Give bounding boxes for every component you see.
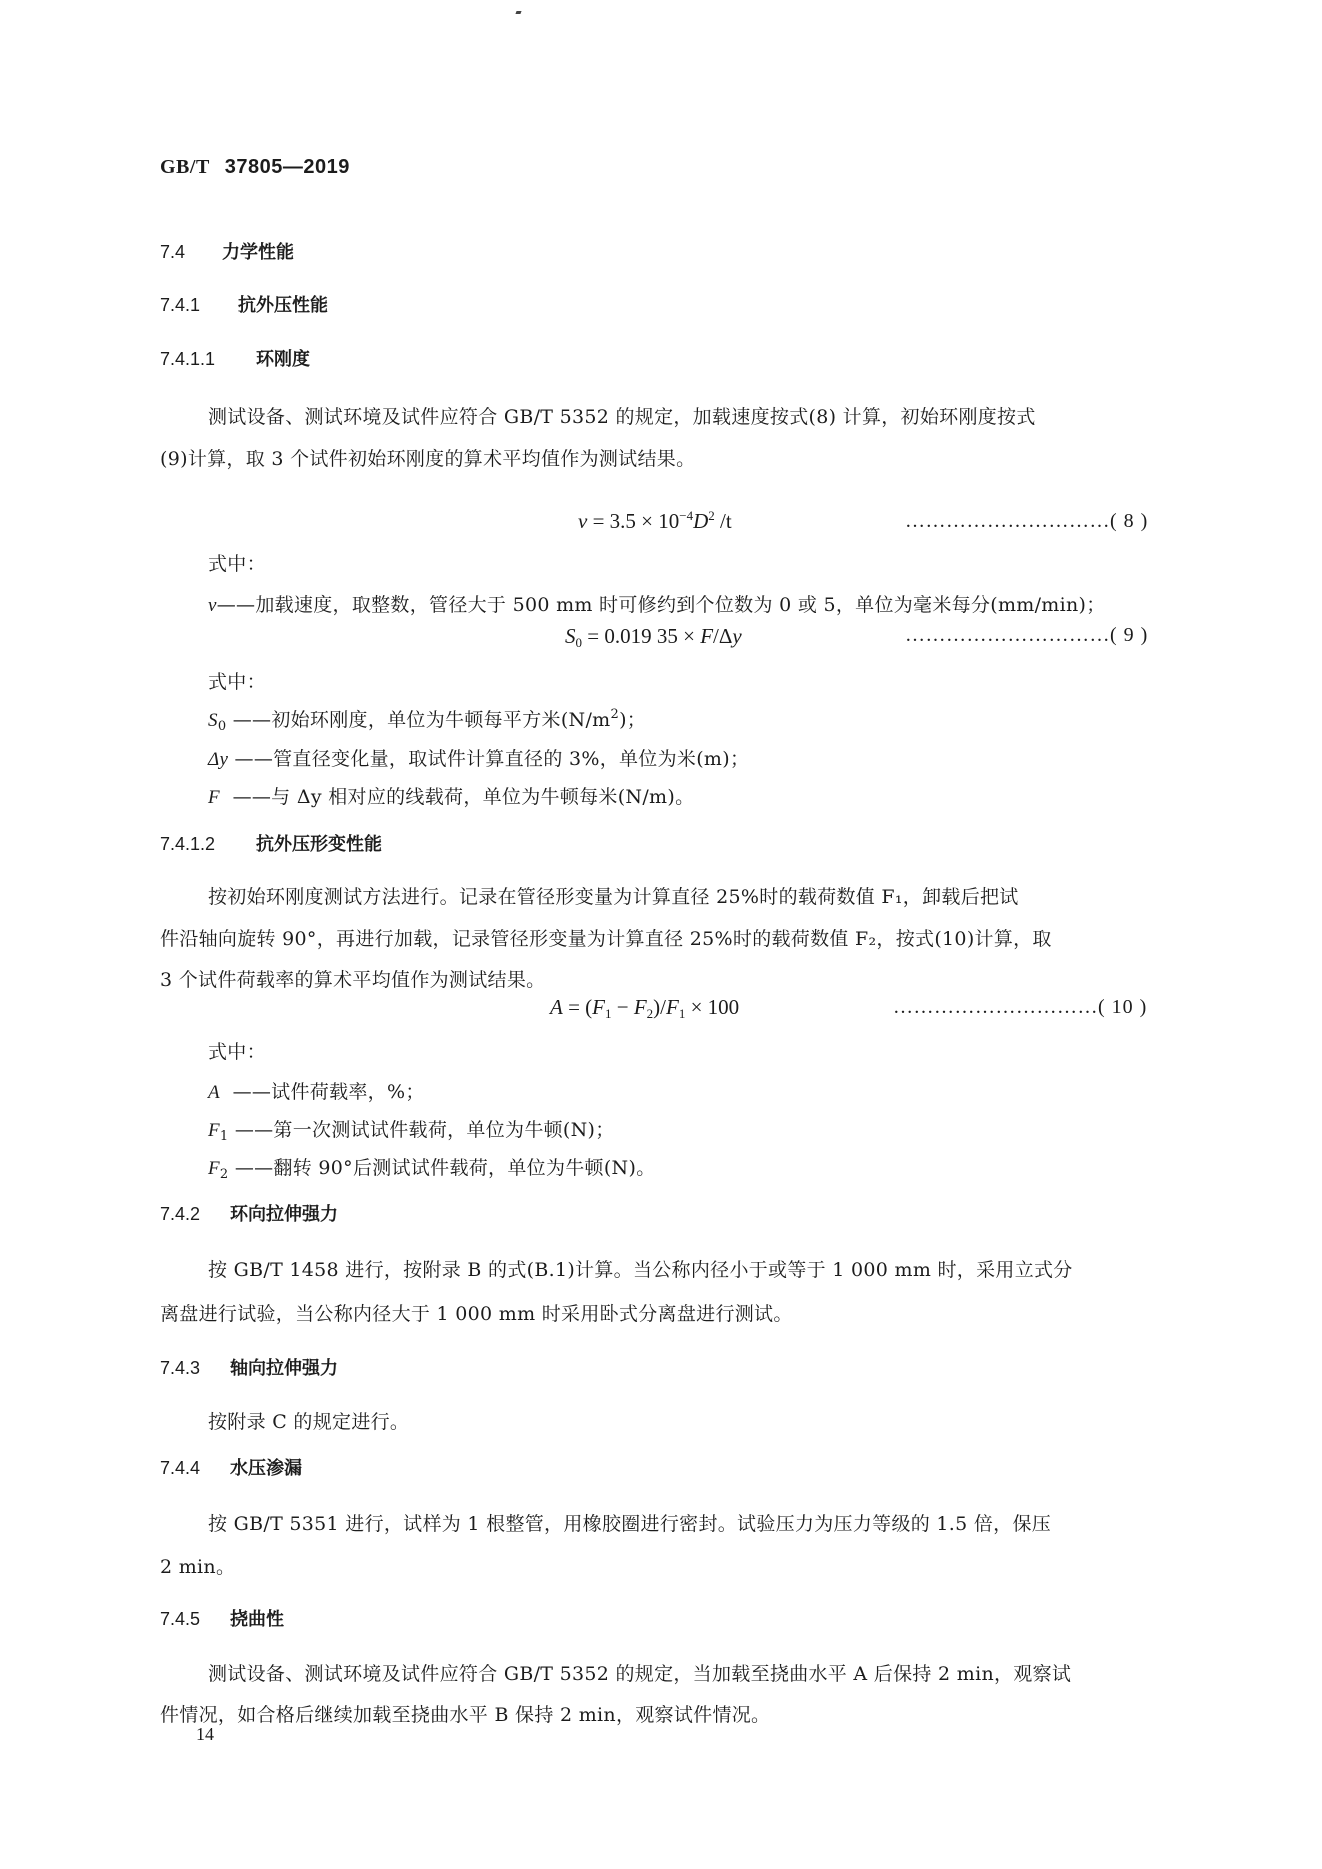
paragraph-line: 测试设备、测试环境及试件应符合 GB/T 5352 的规定，加载速度按式(8) … (208, 402, 1036, 429)
definition-text: ——翻转 90°后测试试件载荷，单位为牛顿(N)。 (228, 1157, 655, 1179)
heading-7-4-1-1: 7.4.1.1环刚度 (160, 345, 310, 371)
heading-number: 7.4.4 (160, 1458, 230, 1479)
definition-text: ——与 Δy 相对应的线载荷，单位为牛顿每米(N/m)。 (220, 786, 694, 808)
definition-text: ——试件荷载率，%； (220, 1081, 425, 1103)
definition-delta-y: Δy ——管直径变化量，取试件计算直径的 3%，单位为米(m)； (208, 744, 749, 771)
definition-f2: F2 ——翻转 90°后测试试件载荷，单位为牛顿(N)。 (208, 1153, 656, 1182)
paragraph-line: 离盘进行试验，当公称内径大于 1 000 mm 时采用卧式分离盘进行测试。 (160, 1299, 793, 1326)
page-number: 14 (196, 1724, 214, 1745)
heading-title: 力学性能 (222, 242, 294, 263)
heading-number: 7.4.1.1 (160, 349, 256, 370)
paragraph-line: 件沿轴向旋转 90°，再进行加载，记录管径形变量为计算直径 25%时的载荷数值 … (160, 924, 1052, 951)
formula-symbol: v (578, 509, 587, 533)
definition-symbol: S (208, 710, 218, 731)
definition-f: F ——与 Δy 相对应的线载荷，单位为牛顿每米(N/m)。 (208, 782, 694, 809)
formula-text: /t (715, 509, 732, 533)
equation-label: ( 8 ) (1110, 510, 1148, 532)
definition-text: ——初始环刚度，单位为牛顿每平方米(N/m (226, 709, 610, 731)
equation-number-8: …………………………( 8 ) (905, 510, 1148, 533)
definition-text: ——管直径变化量，取试件计算直径的 3%，单位为米(m)； (228, 748, 749, 770)
formula-10: A = (F1 − F2)/F1 × 100 (550, 995, 739, 1022)
paragraph-line: (9)计算，取 3 个试件初始环刚度的算术平均值作为测试结果。 (160, 444, 695, 471)
formula-symbol: F (666, 995, 679, 1019)
doc-number: 37805—2019 (225, 156, 350, 178)
leader-dots: ………………………… (905, 510, 1110, 532)
heading-title: 环刚度 (256, 349, 310, 370)
formula-text: /Δ (713, 624, 732, 648)
definition-symbol: F (208, 787, 220, 808)
heading-7-4-1-2: 7.4.1.2抗外压形变性能 (160, 830, 382, 856)
formula-8: v = 3.5 × 10−4D2 /t (578, 508, 732, 534)
paragraph-line: 测试设备、测试环境及试件应符合 GB/T 5352 的规定，当加载至挠曲水平 A… (208, 1659, 1071, 1686)
definition-symbol: v (208, 595, 217, 616)
paragraph-line: 件情况，如合格后继续加载至挠曲水平 B 保持 2 min，观察试件情况。 (160, 1700, 770, 1727)
heading-7-4-1: 7.4.1抗外压性能 (160, 291, 328, 317)
definition-symbol: F (208, 1158, 220, 1179)
leader-dots: ………………………… (905, 624, 1110, 646)
heading-number: 7.4.1 (160, 295, 238, 316)
heading-7-4-5: 7.4.5挠曲性 (160, 1605, 284, 1631)
formula-9: S0 = 0.019 35 × F/Δy (565, 624, 742, 651)
scan-speck (515, 11, 521, 14)
equation-number-9: …………………………( 9 ) (905, 624, 1148, 647)
formula-text: = ( (563, 995, 592, 1019)
where-label: 式中： (208, 1037, 266, 1064)
heading-7-4-2: 7.4.2环向拉伸强力 (160, 1200, 338, 1226)
where-label: 式中： (208, 667, 266, 694)
formula-symbol: F (700, 624, 713, 648)
heading-number: 7.4.2 (160, 1204, 230, 1225)
doc-code: GB/T (160, 156, 210, 178)
formula-symbol: D (693, 509, 708, 533)
paragraph-line: 3 个试件荷载率的算术平均值作为测试结果。 (160, 965, 545, 992)
definition-text: ——加载速度，取整数，管径大于 500 mm 时可修约到个位数为 0 或 5，单… (217, 594, 1106, 616)
formula-exponent: −4 (679, 508, 693, 523)
heading-title: 抗外压形变性能 (256, 834, 382, 855)
document-id: GB/T 37805—2019 (160, 154, 350, 179)
equation-label: ( 10 ) (1098, 996, 1147, 1018)
definition-superscript: 2 (611, 707, 620, 722)
heading-title: 挠曲性 (230, 1609, 284, 1630)
heading-number: 7.4.3 (160, 1358, 230, 1379)
formula-text: × 100 (685, 995, 739, 1019)
formula-text: )/ (653, 995, 666, 1019)
definition-f1: F1 ——第一次测试试件载荷，单位为牛顿(N)； (208, 1115, 615, 1144)
paragraph-line: 按初始环刚度测试方法进行。记录在管径形变量为计算直径 25%时的载荷数值 F₁，… (208, 882, 1019, 909)
formula-text: = 0.019 35 × (582, 624, 700, 648)
definition-v: v——加载速度，取整数，管径大于 500 mm 时可修约到个位数为 0 或 5，… (208, 590, 1106, 617)
formula-symbol: y (732, 624, 741, 648)
heading-title: 环向拉伸强力 (230, 1204, 338, 1225)
paragraph-line: 按附录 C 的规定进行。 (208, 1407, 409, 1434)
heading-number: 7.4.1.2 (160, 834, 256, 855)
heading-7-4-4: 7.4.4水压渗漏 (160, 1454, 302, 1480)
definition-s0: S0 ——初始环刚度，单位为牛顿每平方米(N/m2)； (208, 705, 646, 734)
definition-symbol: F (208, 1120, 220, 1141)
where-label: 式中： (208, 549, 266, 576)
definition-symbol: Δy (208, 749, 228, 770)
definition-text: )； (619, 709, 646, 731)
formula-text: − (612, 995, 634, 1019)
paragraph-line: 2 min。 (160, 1552, 235, 1579)
heading-title: 水压渗漏 (230, 1458, 302, 1479)
formula-symbol: F (634, 995, 647, 1019)
paragraph-line: 按 GB/T 1458 进行，按附录 B 的式(B.1)计算。当公称内径小于或等… (208, 1255, 1073, 1282)
heading-title: 抗外压性能 (238, 295, 328, 316)
formula-symbol: A (550, 995, 563, 1019)
definition-symbol: A (208, 1082, 220, 1103)
equation-number-10: …………………………( 10 ) (893, 996, 1147, 1019)
definition-text: ——第一次测试试件载荷，单位为牛顿(N)； (228, 1119, 614, 1141)
equation-label: ( 9 ) (1110, 624, 1148, 646)
heading-7-4-3: 7.4.3轴向拉伸强力 (160, 1354, 338, 1380)
formula-text: = 3.5 × 10 (587, 509, 679, 533)
formula-symbol: S (565, 624, 576, 648)
heading-number: 7.4 (160, 242, 222, 263)
definition-a: A ——试件荷载率，%； (208, 1077, 425, 1104)
heading-7-4: 7.4力学性能 (160, 238, 294, 264)
leader-dots: ………………………… (893, 996, 1098, 1018)
heading-number: 7.4.5 (160, 1609, 230, 1630)
heading-title: 轴向拉伸强力 (230, 1358, 338, 1379)
paragraph-line: 按 GB/T 5351 进行，试样为 1 根整管，用橡胶圈进行密封。试验压力为压… (208, 1509, 1051, 1536)
formula-symbol: F (592, 995, 605, 1019)
